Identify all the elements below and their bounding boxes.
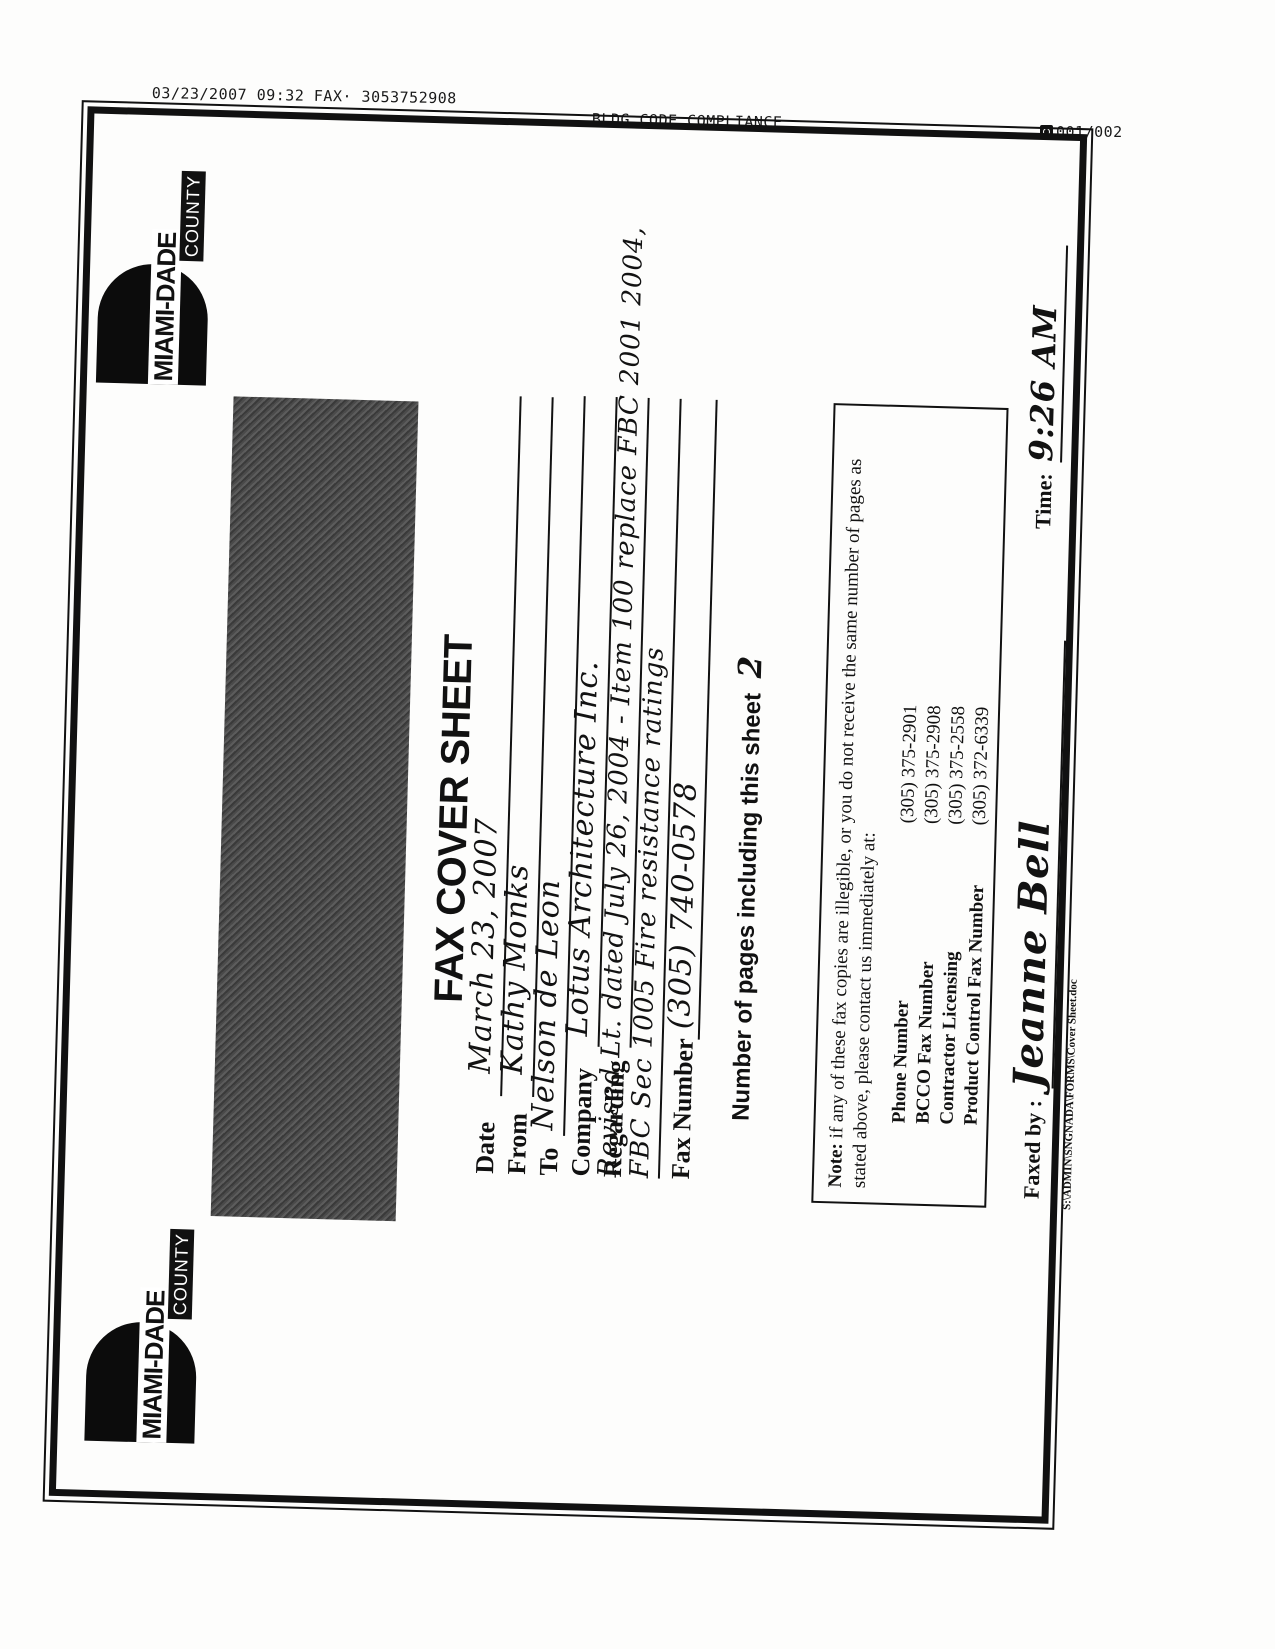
logo-line2: COUNTY bbox=[168, 1229, 195, 1320]
note-body: if any of these fax copies are illegible… bbox=[826, 458, 880, 1188]
contact-number: (305) 375-2901 bbox=[896, 704, 923, 823]
redacted-header-bar bbox=[211, 396, 419, 1221]
contact-number: (305) 372-6339 bbox=[968, 706, 995, 825]
pages-count-label: Number of pages including this sheet 2 bbox=[719, 654, 770, 1121]
fax-cover-sheet: MIAMI-DADE COUNTY MIAMI-DADE COUNTY FAX … bbox=[44, 142, 1030, 1488]
pages-count-value: 2 bbox=[731, 654, 770, 678]
contact-number: (305) 375-2908 bbox=[920, 705, 947, 824]
fax-timestamp: 03/23/2007 09:32 FAX bbox=[152, 84, 343, 105]
note-box: Note: if any of these fax copies are ill… bbox=[811, 403, 1008, 1208]
faxed-by-label: Faxed by : bbox=[1018, 1100, 1046, 1200]
field-label-to: To bbox=[534, 1147, 565, 1176]
logo-line1: MIAMI-DADE bbox=[148, 229, 182, 385]
pages-count-text: Number of pages including this sheet bbox=[728, 693, 767, 1122]
contact-number: (305) 375-2558 bbox=[944, 706, 971, 825]
miami-dade-logo-bottom: MIAMI-DADE COUNTY bbox=[84, 1251, 199, 1444]
field-value-fax-number: (305) 740-0578 bbox=[662, 781, 704, 1030]
time-field: Time: 9:26 AM bbox=[1020, 244, 1066, 529]
note-prefix: Note: bbox=[825, 1143, 847, 1188]
time-label: Time: bbox=[1030, 473, 1057, 529]
field-label-date: Date bbox=[470, 1121, 501, 1174]
sender-fax-number: 3053752908 bbox=[361, 88, 457, 108]
file-path: S:\ADMIN\SNGNADA\FORMS\Cover Sheet.doc bbox=[1061, 979, 1079, 1210]
fax-timestamp-line: 03/23/2007 09:32 FAX· 3053752908 bbox=[152, 84, 457, 107]
note-text: Note: if any of these fax copies are ill… bbox=[824, 419, 893, 1188]
field-label-fax-number: Fax Number bbox=[666, 1038, 700, 1180]
time-value: 9:26 AM bbox=[1022, 244, 1068, 462]
logo-line1: MIAMI-DADE bbox=[136, 1287, 170, 1443]
contact-list: Phone Number (305) 375-2901 BCCO Fax Num… bbox=[888, 704, 996, 1125]
miami-dade-logo-top: MIAMI-DADE COUNTY bbox=[96, 193, 211, 386]
logo-line2: COUNTY bbox=[179, 171, 206, 262]
field-line-fax-number bbox=[698, 400, 718, 1040]
